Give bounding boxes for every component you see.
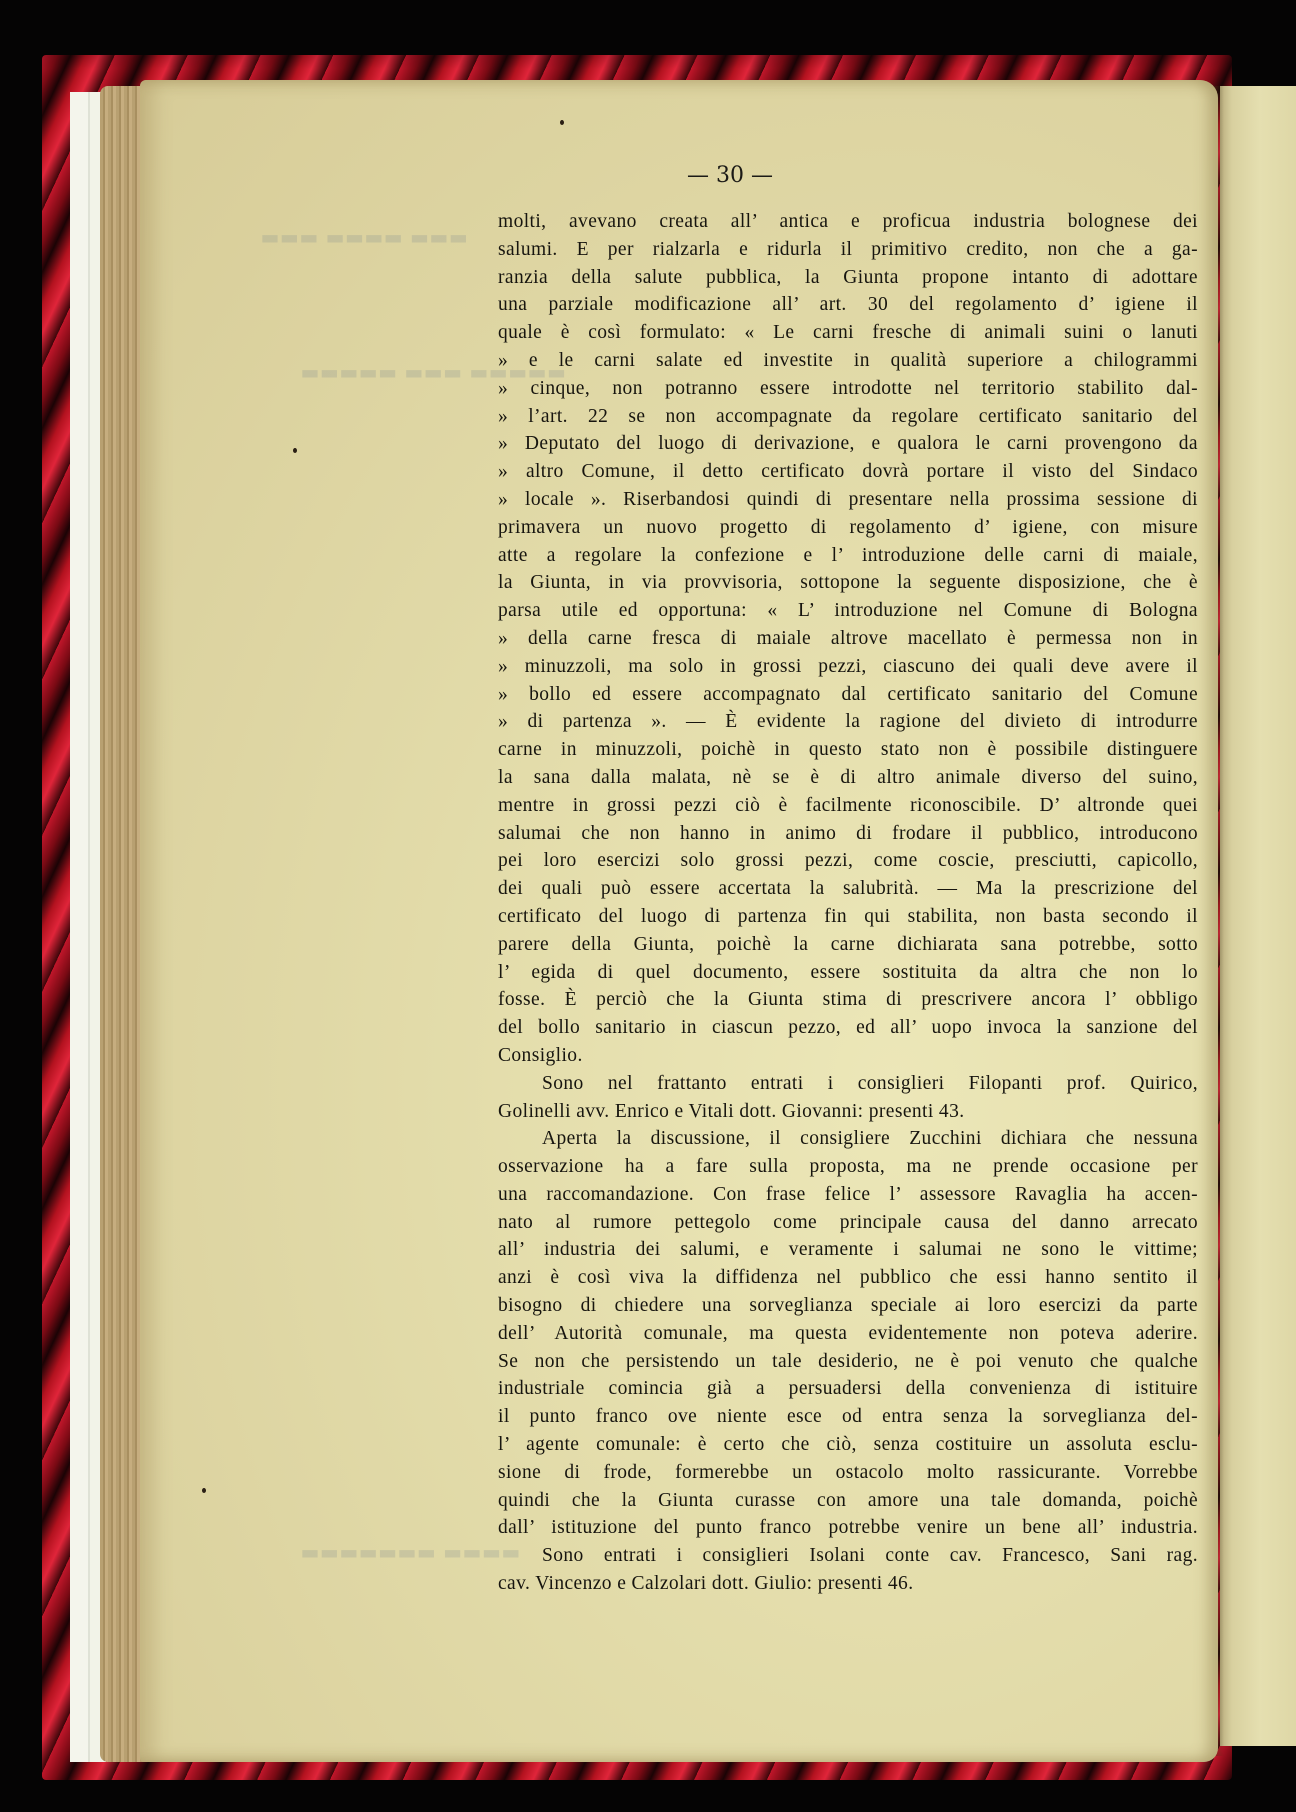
text-line: dei quali può essere accertata la salubr… bbox=[498, 875, 1198, 903]
show-through: ▬▬▬ ▬▬▬▬ ▬▬▬ bbox=[260, 225, 468, 249]
text-line: carne in minuzzoli, poichè in questo sta… bbox=[498, 736, 1198, 764]
text-line: Consiglio. bbox=[498, 1042, 1198, 1070]
body-text: molti, avevano creata all’ antica e prof… bbox=[498, 208, 1198, 1598]
text-line: Golinelli avv. Enrico e Vitali dott. Gio… bbox=[498, 1098, 1198, 1126]
text-line: quale è così formulato: « Le carni fresc… bbox=[498, 319, 1198, 347]
text-line: » minuzzoli, ma solo in grossi pezzi, ci… bbox=[498, 653, 1198, 681]
text-line: ranzia della salute pubblica, la Giunta … bbox=[498, 264, 1198, 292]
text-line: cav. Vincenzo e Calzolari dott. Giulio: … bbox=[498, 1570, 1198, 1598]
text-line: » Deputato del luogo di derivazione, e q… bbox=[498, 430, 1198, 458]
text-line: » bollo ed essere accompagnato dal certi… bbox=[498, 681, 1198, 709]
text-line: la Giunta, in via provvisoria, sottopone… bbox=[498, 569, 1198, 597]
text-line: atte a regolare la confezione e l’ intro… bbox=[498, 542, 1198, 570]
text-line: anzi è così viva la diffidenza nel pubbl… bbox=[498, 1264, 1198, 1292]
paper-speck bbox=[560, 120, 564, 125]
text-line: dell’ Autorità comunale, ma questa evide… bbox=[498, 1320, 1198, 1348]
text-line: salumi. E per rialzarla e ridurla il pri… bbox=[498, 236, 1198, 264]
text-line: una raccomandazione. Con frase felice l’… bbox=[498, 1181, 1198, 1209]
show-through: ▬▬▬▬ ▬▬▬▬▬▬▬ bbox=[300, 1540, 520, 1564]
text-line: certificato del luogo di partenza fin qu… bbox=[498, 903, 1198, 931]
text-line: sione di frode, formerebbe un ostacolo m… bbox=[498, 1459, 1198, 1487]
text-line: nato al rumore pettegolo come principale… bbox=[498, 1209, 1198, 1237]
text-line: all’ industria dei salumi, e veramente i… bbox=[498, 1236, 1198, 1264]
text-line: fosse. È perciò che la Giunta stima di p… bbox=[498, 986, 1198, 1014]
cover-shadow bbox=[42, 55, 1232, 69]
text-line: parsa utile ed opportuna: « L’ introduzi… bbox=[498, 597, 1198, 625]
text-line: l’ agente comunale: è certo che ciò, sen… bbox=[498, 1431, 1198, 1459]
text-line: » altro Comune, il detto certificato dov… bbox=[498, 458, 1198, 486]
text-line: Aperta la discussione, il consigliere Zu… bbox=[498, 1125, 1198, 1153]
text-line: molti, avevano creata all’ antica e prof… bbox=[498, 208, 1198, 236]
text-line: quindi che la Giunta curasse con amore u… bbox=[498, 1487, 1198, 1515]
text-line: » della carne fresca di maiale altrove m… bbox=[498, 625, 1198, 653]
text-line: Se non che persistendo un tale desiderio… bbox=[498, 1348, 1198, 1376]
adjacent-page bbox=[1220, 86, 1296, 1746]
page-number: — 30 — bbox=[680, 163, 780, 188]
paper-speck bbox=[202, 1488, 206, 1493]
text-line: » e le carni salate ed investite in qual… bbox=[498, 347, 1198, 375]
text-line: dall’ istituzione del punto franco potre… bbox=[498, 1514, 1198, 1542]
text-line: » l’art. 22 se non accompagnate da regol… bbox=[498, 403, 1198, 431]
text-line: bisogno di chiedere una sorveglianza spe… bbox=[498, 1292, 1198, 1320]
text-line: del bollo sanitario in ciascun pezzo, ed… bbox=[498, 1014, 1198, 1042]
text-line: salumai che non hanno in animo di frodar… bbox=[498, 820, 1198, 848]
text-line: industriale comincia già a persuadersi d… bbox=[498, 1375, 1198, 1403]
text-line: l’ egida di quel documento, essere sosti… bbox=[498, 959, 1198, 987]
text-line: mentre in grossi pezzi ciò è facilmente … bbox=[498, 792, 1198, 820]
text-line: » di partenza ». — È evidente la ragione… bbox=[498, 708, 1198, 736]
text-line: Sono entrati i consiglieri Isolani conte… bbox=[498, 1542, 1198, 1570]
text-line: pei loro esercizi solo grossi pezzi, com… bbox=[498, 847, 1198, 875]
text-line: primavera un nuovo progetto di regolamen… bbox=[498, 514, 1198, 542]
text-line: » cinque, non potranno essere introdotte… bbox=[498, 375, 1198, 403]
text-line: osservazione ha a fare sulla proposta, m… bbox=[498, 1153, 1198, 1181]
paper-speck bbox=[293, 448, 297, 453]
text-line: parere della Giunta, poichè la carne dic… bbox=[498, 931, 1198, 959]
text-line: la sana dalla malata, nè se è di altro a… bbox=[498, 764, 1198, 792]
text-line: il punto franco ove niente esce od entra… bbox=[498, 1403, 1198, 1431]
text-line: una parziale modificazione all’ art. 30 … bbox=[498, 291, 1198, 319]
text-line: » locale ». Riserbandosi quindi di prese… bbox=[498, 486, 1198, 514]
text-line: Sono nel frattanto entrati i consiglieri… bbox=[498, 1070, 1198, 1098]
